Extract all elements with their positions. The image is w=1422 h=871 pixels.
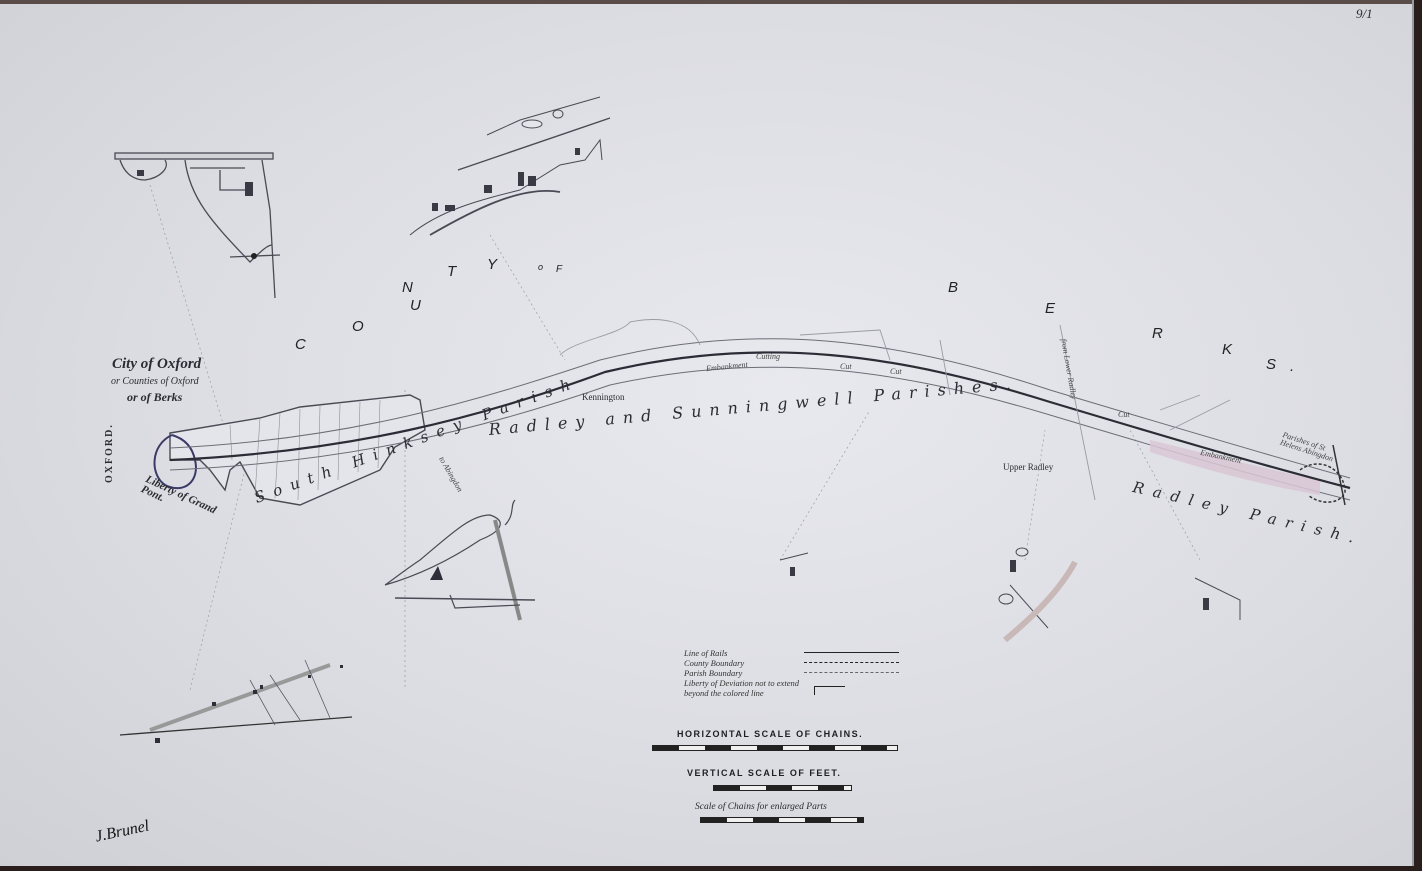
title-line-3: or of Berks: [127, 390, 182, 405]
county-letter-Y: Y: [487, 256, 497, 273]
label-kennington: Kennington: [582, 392, 625, 402]
enlarged-scale-title: Scale of Chains for enlarged Parts: [695, 802, 827, 812]
legend-label: Parish Boundary: [684, 668, 804, 678]
county-letter-U: U: [410, 297, 421, 314]
label-oxford: OXFORD.: [104, 423, 115, 483]
sheet-number: 9/1: [1356, 6, 1373, 22]
title-line-1: City of Oxford: [112, 356, 201, 373]
vertical-scale-bar: [713, 785, 852, 791]
legend-symbol-dashed: [804, 672, 899, 674]
legend-symbol-cross-dash: [804, 662, 899, 664]
legend-row-county: County Boundary: [684, 658, 899, 668]
county-letter-F: F: [556, 264, 562, 275]
legend-label: County Boundary: [684, 658, 804, 668]
label-cut-2: Cut: [890, 367, 902, 376]
county-letter-period: .: [1290, 358, 1294, 375]
title-line-2: or Counties of Oxford: [111, 376, 199, 387]
county-letter-o: o: [538, 262, 543, 272]
legend-symbol-solid: [804, 652, 899, 654]
county-letter-T: T: [447, 263, 456, 280]
county-letter-N: N: [402, 279, 413, 296]
vertical-scale-title: VERTICAL SCALE OF FEET.: [687, 768, 841, 778]
enlarged-scale-bar: [700, 817, 864, 823]
county-letter-O: O: [352, 318, 364, 335]
county-letter-K: K: [1222, 341, 1232, 358]
county-letter-S: S: [1266, 356, 1276, 373]
county-letter-C: C: [295, 336, 306, 353]
legend-row-rails: Line of Rails: [684, 648, 899, 658]
map-legend: Line of Rails County Boundary Parish Bou…: [684, 648, 899, 700]
county-letter-B: B: [948, 279, 958, 296]
label-cut-3: Cut: [1118, 410, 1130, 419]
label-cutting: Cutting: [756, 352, 780, 361]
legend-row-deviation: Liberty of Deviation not to extend beyon…: [684, 678, 899, 700]
map-sheet: City of Oxford or Counties of Oxford or …: [0, 0, 1414, 866]
legend-label: Line of Rails: [684, 648, 804, 658]
legend-label: Liberty of Deviation not to extend beyon…: [684, 678, 814, 698]
county-letter-E: E: [1045, 300, 1055, 317]
label-cut-1: Cut: [840, 362, 852, 371]
horizontal-scale-title: HORIZONTAL SCALE OF CHAINS.: [677, 729, 863, 739]
county-letter-R: R: [1152, 325, 1163, 342]
horizontal-scale-bar: [652, 745, 898, 751]
legend-row-parish: Parish Boundary: [684, 668, 899, 678]
legend-symbol-bracket: [814, 686, 845, 695]
label-upper-radley: Upper Radley: [1003, 462, 1053, 472]
